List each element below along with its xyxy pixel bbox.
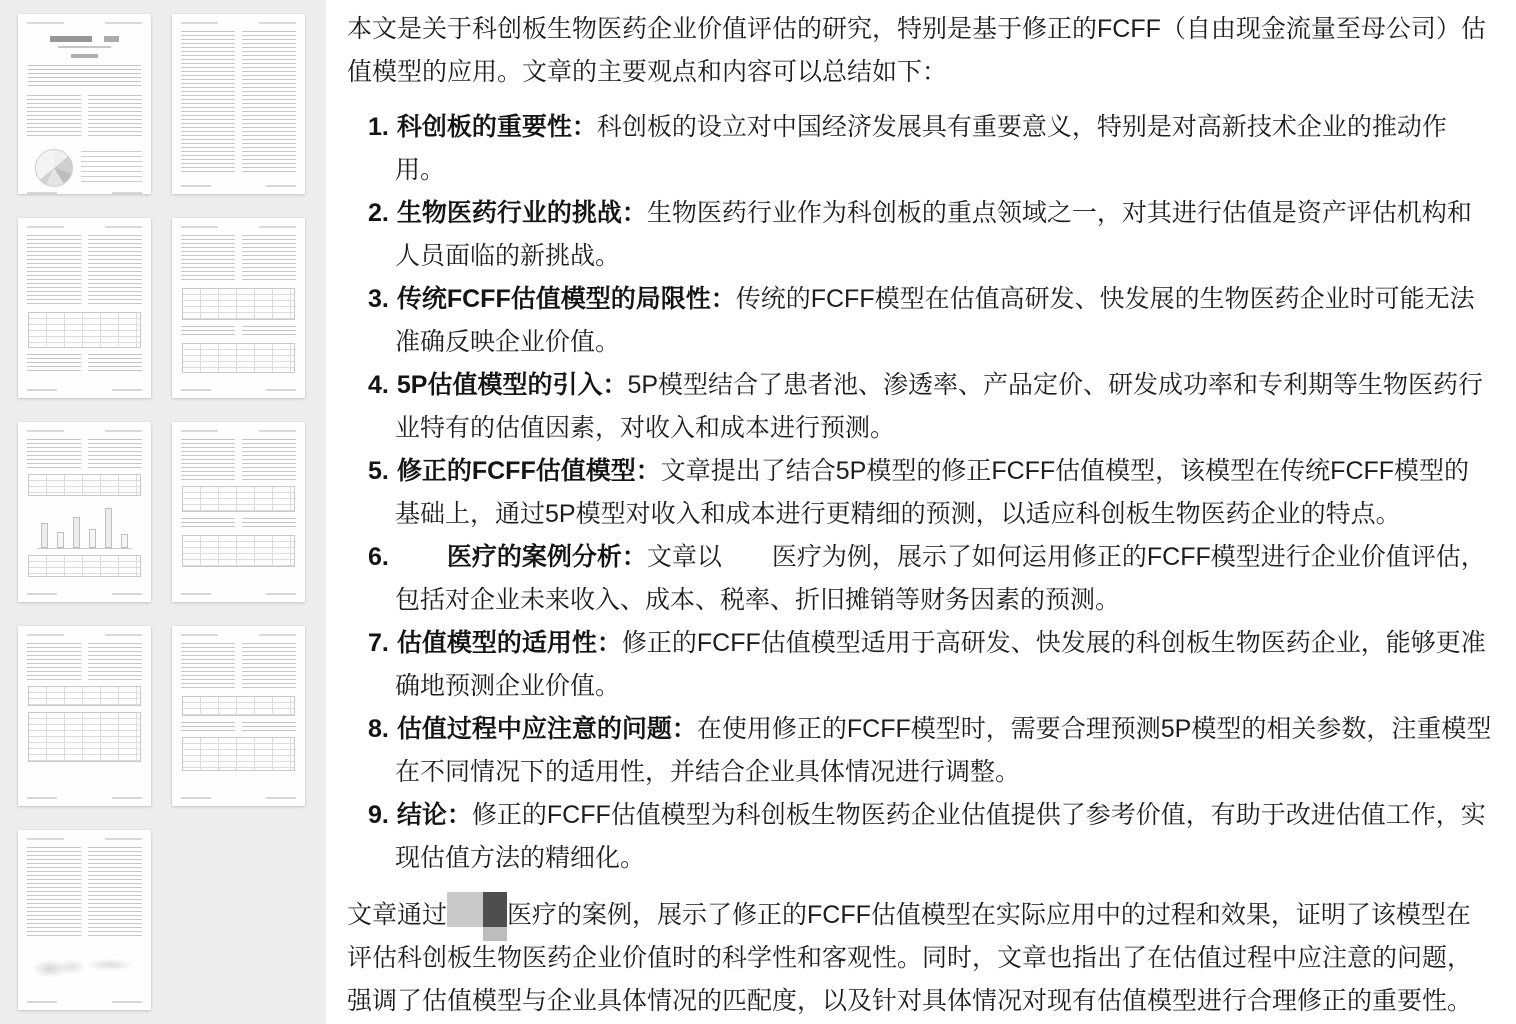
head-placeholder [27,226,142,228]
cols-placeholder [27,847,142,939]
thumbnail-page-5[interactable] [18,422,151,602]
redacted-company-name [447,894,507,930]
summary-item-5: 5.修正的FCFF估值模型：文章提出了结合5P模型的修正FCFF估值模型，该模型… [368,450,1492,536]
item-heading: 4.5P估值模型的引入： [368,371,627,399]
table-placeholder [182,696,295,716]
cols-placeholder [181,235,296,283]
thumbnail-page-4[interactable] [172,218,305,398]
head-placeholder [27,838,142,840]
item-heading: 2.生物医药行业的挑战： [368,199,647,227]
cols-placeholder [27,235,142,307]
thumbnail-page-3[interactable] [18,218,151,398]
item-heading: 6. 医疗的案例分析： [368,543,647,571]
cols-placeholder [181,722,296,732]
head-placeholder [181,430,296,432]
summary-item-2: 2.生物医药行业的挑战：生物医药行业作为科创板的重点领域之一，对其进行估值是资产… [368,192,1492,278]
thumbnail-page-2[interactable] [172,14,305,194]
item-number: 5. [368,457,389,485]
item-heading-text: 估值过程中应注意的问题： [397,715,697,743]
thumbnail-grid [0,0,326,1024]
cols-placeholder [181,643,296,691]
table-placeholder [182,486,295,512]
item-heading-text: 修正的FCFF估值模型： [397,457,661,485]
foot-placeholder [27,389,142,391]
head-placeholder [181,226,296,228]
cols-placeholder [181,518,296,530]
cols-placeholder [181,439,296,481]
foot-placeholder [181,593,296,595]
item-number: 8. [368,715,389,743]
thumbnail-page-1[interactable] [18,14,151,194]
closing-suffix: 医疗的案例，展示了修正的FCFF估值模型在实际应用中的过程和效果，证明了该模型在… [347,901,1472,1015]
table-placeholder [182,343,295,373]
bars-placeholder [37,502,132,549]
abs-placeholder [28,65,141,89]
table-placeholder [28,712,141,762]
item-number: 9. [368,801,389,829]
item-heading: 5.修正的FCFF估值模型： [368,457,661,485]
cols-placeholder [27,354,142,374]
summary-item-1: 1.科创板的重要性：科创板的设立对中国经济发展具有重要意义，特别是对高新技术企业… [368,106,1492,192]
summary-item-6: 6. 医疗的案例分析：文章以 医疗为例，展示了如何运用修正的FCFF模型进行企业… [368,536,1492,622]
item-heading-text: 结论： [397,801,472,829]
head-placeholder [27,430,142,432]
cols-placeholder [27,643,142,681]
cols-placeholder [181,31,296,173]
pie-placeholder [27,146,142,190]
thumbnail-page-9[interactable] [18,830,151,1010]
table-placeholder [28,474,141,496]
foot-placeholder [27,797,142,799]
thumbnail-page-7[interactable] [18,626,151,806]
cols-placeholder [181,326,296,338]
item-heading: 7.估值模型的适用性： [368,629,622,657]
page-thumbnails-panel [0,0,326,1024]
foot-placeholder [181,185,296,187]
item-number: 4. [368,371,389,399]
auth-placeholder [71,54,99,58]
sub-placeholder [58,46,111,48]
thumbnail-page-8[interactable] [172,626,305,806]
head-placeholder [27,634,142,636]
item-body-text: 修正的FCFF估值模型为科创板生物医药企业估值提供了参考价值，有助于改进估值工作… [395,801,1486,872]
foot-placeholder [181,797,296,799]
head-placeholder [181,634,296,636]
item-heading-text: 医疗的案例分析： [397,543,647,571]
summary-item-8: 8.估值过程中应注意的问题：在使用修正的FCFF模型时，需要合理预测5P模型的相… [368,708,1492,794]
closing-prefix: 文章通过 [347,901,447,929]
item-number: 3. [368,285,389,313]
item-heading: 3.传统FCFF估值模型的局限性： [368,285,736,313]
head-placeholder [181,22,296,24]
item-heading: 9.结论： [368,801,472,829]
redaction-block-light [447,892,483,927]
sketch-placeholder [31,944,138,982]
thumbnail-page-6[interactable] [172,422,305,602]
foot-placeholder [27,192,142,194]
item-number: 7. [368,629,389,657]
title-placeholder [27,35,142,43]
item-number: 2. [368,199,389,227]
item-heading-text: 5P估值模型的引入： [397,371,628,399]
table-placeholder [28,686,141,706]
item-heading-text: 科创板的重要性： [397,113,597,141]
item-heading-text: 估值模型的适用性： [397,629,622,657]
table-placeholder [182,737,295,771]
summary-item-9: 9.结论：修正的FCFF估值模型为科创板生物医药企业估值提供了参考价值，有助于改… [368,794,1492,880]
intro-paragraph: 本文是关于科创板生物医药企业价值评估的研究，特别是基于修正的FCFF（自由现金流… [347,8,1492,94]
item-heading-text: 生物医药行业的挑战： [397,199,647,227]
table-placeholder [182,535,295,567]
table-placeholder [28,555,141,577]
cols-placeholder [27,95,142,139]
item-number: 6. [368,543,389,571]
summary-item-4: 4.5P估值模型的引入：5P模型结合了患者池、渗透率、产品定价、研发成功率和专利… [368,364,1492,450]
item-heading: 1.科创板的重要性： [368,113,597,141]
item-heading-text: 传统FCFF估值模型的局限性： [397,285,736,313]
head-placeholder [27,22,142,24]
foot-placeholder [27,1001,142,1003]
table-placeholder [28,312,141,348]
closing-paragraph: 文章通过医疗的案例，展示了修正的FCFF估值模型在实际应用中的过程和效果，证明了… [347,894,1492,1023]
table-placeholder [182,288,295,320]
foot-placeholder [181,389,296,391]
summary-list: 1.科创板的重要性：科创板的设立对中国经济发展具有重要意义，特别是对高新技术企业… [368,106,1492,880]
summary-content: 本文是关于科创板生物医药企业价值评估的研究，特别是基于修正的FCFF（自由现金流… [326,0,1516,1024]
foot-placeholder [27,593,142,595]
cols-placeholder [27,439,142,469]
summary-item-3: 3.传统FCFF估值模型的局限性：传统的FCFF模型在估值高研发、快发展的生物医… [368,278,1492,364]
redaction-block-dark [483,892,507,927]
item-number: 1. [368,113,389,141]
item-heading: 8.估值过程中应注意的问题： [368,715,697,743]
summary-item-7: 7.估值模型的适用性：修正的FCFF估值模型适用于高研发、快发展的科创板生物医药… [368,622,1492,708]
